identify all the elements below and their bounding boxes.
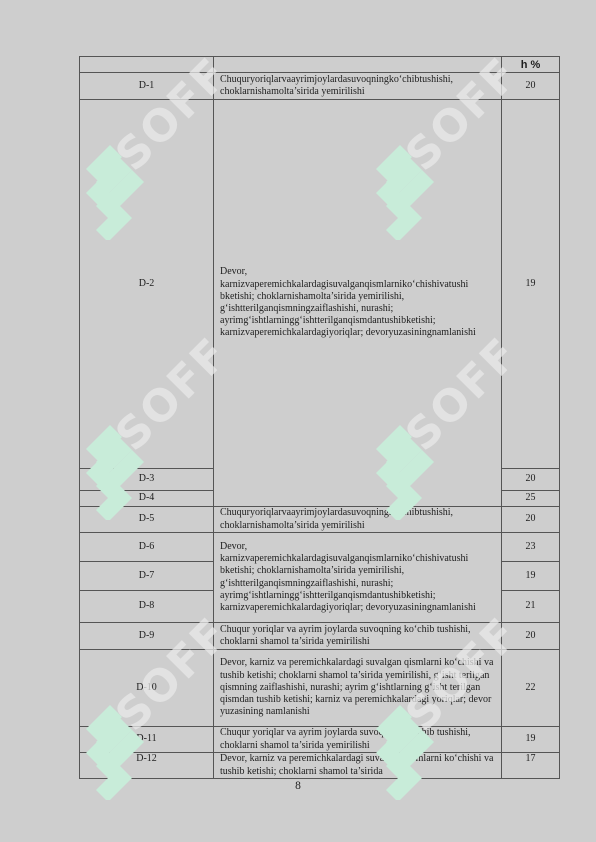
- row-value: 20: [502, 73, 560, 100]
- header-code: [80, 57, 214, 73]
- row-value: 19: [502, 727, 560, 753]
- row-value: 20: [502, 469, 560, 491]
- row-code: D-9: [80, 623, 214, 650]
- damage-table: h % D-1 Chuquryoriqlarvaayrimjoylardasuv…: [79, 56, 560, 779]
- table-row: D-9 Chuqur yoriqlar va ayrim joylarda su…: [80, 623, 560, 650]
- row-value: 25: [502, 491, 560, 507]
- row-value: 20: [502, 623, 560, 650]
- row-description: Devor, karniz va peremichkalardagi suval…: [214, 650, 502, 727]
- row-code: D-7: [80, 562, 214, 591]
- row-code: D-6: [80, 533, 214, 562]
- row-code: D-10: [80, 650, 214, 727]
- row-value: 21: [502, 591, 560, 623]
- row-value: 19: [502, 562, 560, 591]
- header-description: [214, 57, 502, 73]
- row-code: D-11: [80, 727, 214, 753]
- row-code: D-3: [80, 469, 214, 491]
- row-code: D-12: [80, 753, 214, 779]
- row-description: Chuquryoriqlarvaayrimjoylardasuvoqningko…: [214, 73, 502, 100]
- row-description: Chuqur yoriqlar va ayrim joylarda suvoqn…: [214, 623, 502, 650]
- row-value: 19: [502, 100, 560, 469]
- row-code: D-2: [80, 100, 214, 469]
- row-value: 22: [502, 650, 560, 727]
- row-code: D-5: [80, 507, 214, 533]
- header-h-percent: h %: [502, 57, 560, 73]
- row-value: 17: [502, 753, 560, 779]
- table-row: D-6 Devor, karnizvaperemichkalardagisuva…: [80, 533, 560, 562]
- table-row: D-11 Chuqur yoriqlar va ayrim joylarda s…: [80, 727, 560, 753]
- table-row: D-10 Devor, karniz va peremichkalardagi …: [80, 650, 560, 727]
- page-number: 8: [0, 780, 596, 792]
- table-header-row: h %: [80, 57, 560, 73]
- table-row: D-1 Chuquryoriqlarvaayrimjoylardasuvoqni…: [80, 73, 560, 100]
- row-value: 23: [502, 533, 560, 562]
- row-code: D-4: [80, 491, 214, 507]
- table-row: D-2 Devor, karnizvaperemichkalardagisuva…: [80, 100, 560, 469]
- row-description: Devor, karniz va peremichkalardagi suval…: [214, 753, 502, 779]
- row-code: D-8: [80, 591, 214, 623]
- row-description: Devor, karnizvaperemichkalardagisuvalgan…: [214, 100, 502, 507]
- table-row: D-12 Devor, karniz va peremichkalardagi …: [80, 753, 560, 779]
- row-description: Chuqur yoriqlar va ayrim joylarda suvoqn…: [214, 727, 502, 753]
- row-description: Devor, karnizvaperemichkalardagisuvalgan…: [214, 533, 502, 623]
- table-row: D-5 Chuquryoriqlarvaayrimjoylardasuvoqni…: [80, 507, 560, 533]
- row-value: 20: [502, 507, 560, 533]
- row-code: D-1: [80, 73, 214, 100]
- row-description: Chuquryoriqlarvaayrimjoylardasuvoqningko…: [214, 507, 502, 533]
